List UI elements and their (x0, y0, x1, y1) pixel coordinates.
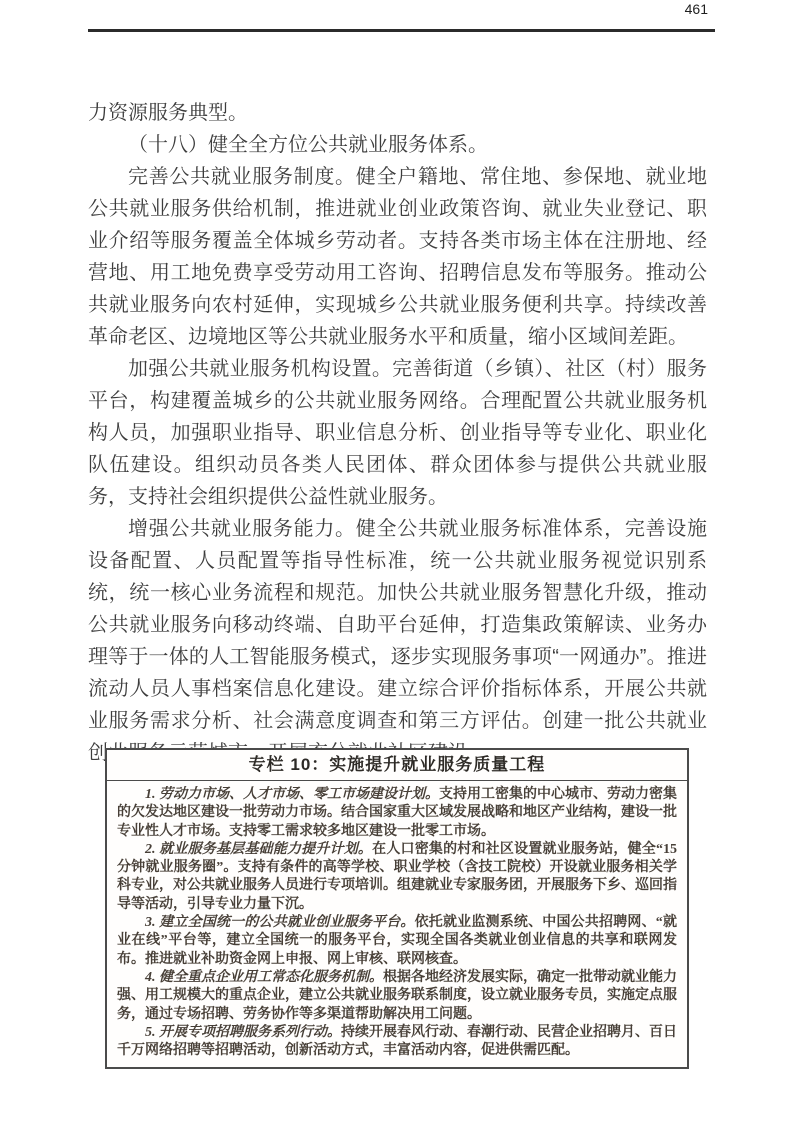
paragraph: 完善公共就业服务制度。健全户籍地、常住地、参保地、就业地公共就业服务供给机制，推… (88, 161, 707, 353)
body-text: 力资源服务典型。 （十八）健全全方位公共就业服务体系。 完善公共就业服务制度。健… (88, 97, 707, 769)
item-lead: 4. 健全重点企业用工常态化服务机制。 (145, 970, 383, 985)
item-lead: 2. 就业服务基层基础能力提升计划。 (145, 842, 372, 857)
column-box-item: 2. 就业服务基层基础能力提升计划。在人口密集的村和社区设置就业服务站，健全“1… (117, 841, 677, 914)
document-page: 461 力资源服务典型。 （十八）健全全方位公共就业服务体系。 完善公共就业服务… (0, 0, 793, 1122)
item-lead: 1. 劳动力市场、人才市场、零工市场建设计划。 (145, 787, 439, 802)
column-box-title: 专栏 10：实施提升就业服务质量工程 (107, 750, 687, 781)
page-number: 461 (685, 1, 708, 17)
item-lead: 5. 开展专项招聘服务系列行动。 (145, 1025, 341, 1040)
column-box-body: 1. 劳动力市场、人才市场、零工市场建设计划。支持用工密集的中心城市、劳动力密集… (107, 781, 687, 1067)
paragraph: 加强公共就业服务机构设置。完善街道（乡镇）、社区（村）服务平台，构建覆盖城乡的公… (88, 353, 707, 513)
column-box-item: 5. 开展专项招聘服务系列行动。持续开展春风行动、春潮行动、民营企业招聘月、百日… (117, 1024, 677, 1061)
header-rule (88, 29, 715, 32)
paragraph-continuation: 力资源服务典型。 (88, 97, 707, 129)
column-box-item: 3. 建立全国统一的公共就业创业服务平台。依托就业监测系统、中国公共招聘网、“就… (117, 914, 677, 969)
paragraph: 增强公共就业服务能力。健全公共就业服务标准体系，完善设施设备配置、人员配置等指导… (88, 513, 707, 769)
column-box-item: 1. 劳动力市场、人才市场、零工市场建设计划。支持用工密集的中心城市、劳动力密集… (117, 786, 677, 841)
column-box-item: 4. 健全重点企业用工常态化服务机制。根据各地经济发展实际，确定一批带动就业能力… (117, 969, 677, 1024)
item-lead: 3. 建立全国统一的公共就业创业服务平台。 (145, 915, 415, 930)
section-heading: （十八）健全全方位公共就业服务体系。 (88, 129, 707, 161)
column-box: 专栏 10：实施提升就业服务质量工程 1. 劳动力市场、人才市场、零工市场建设计… (105, 748, 689, 1069)
